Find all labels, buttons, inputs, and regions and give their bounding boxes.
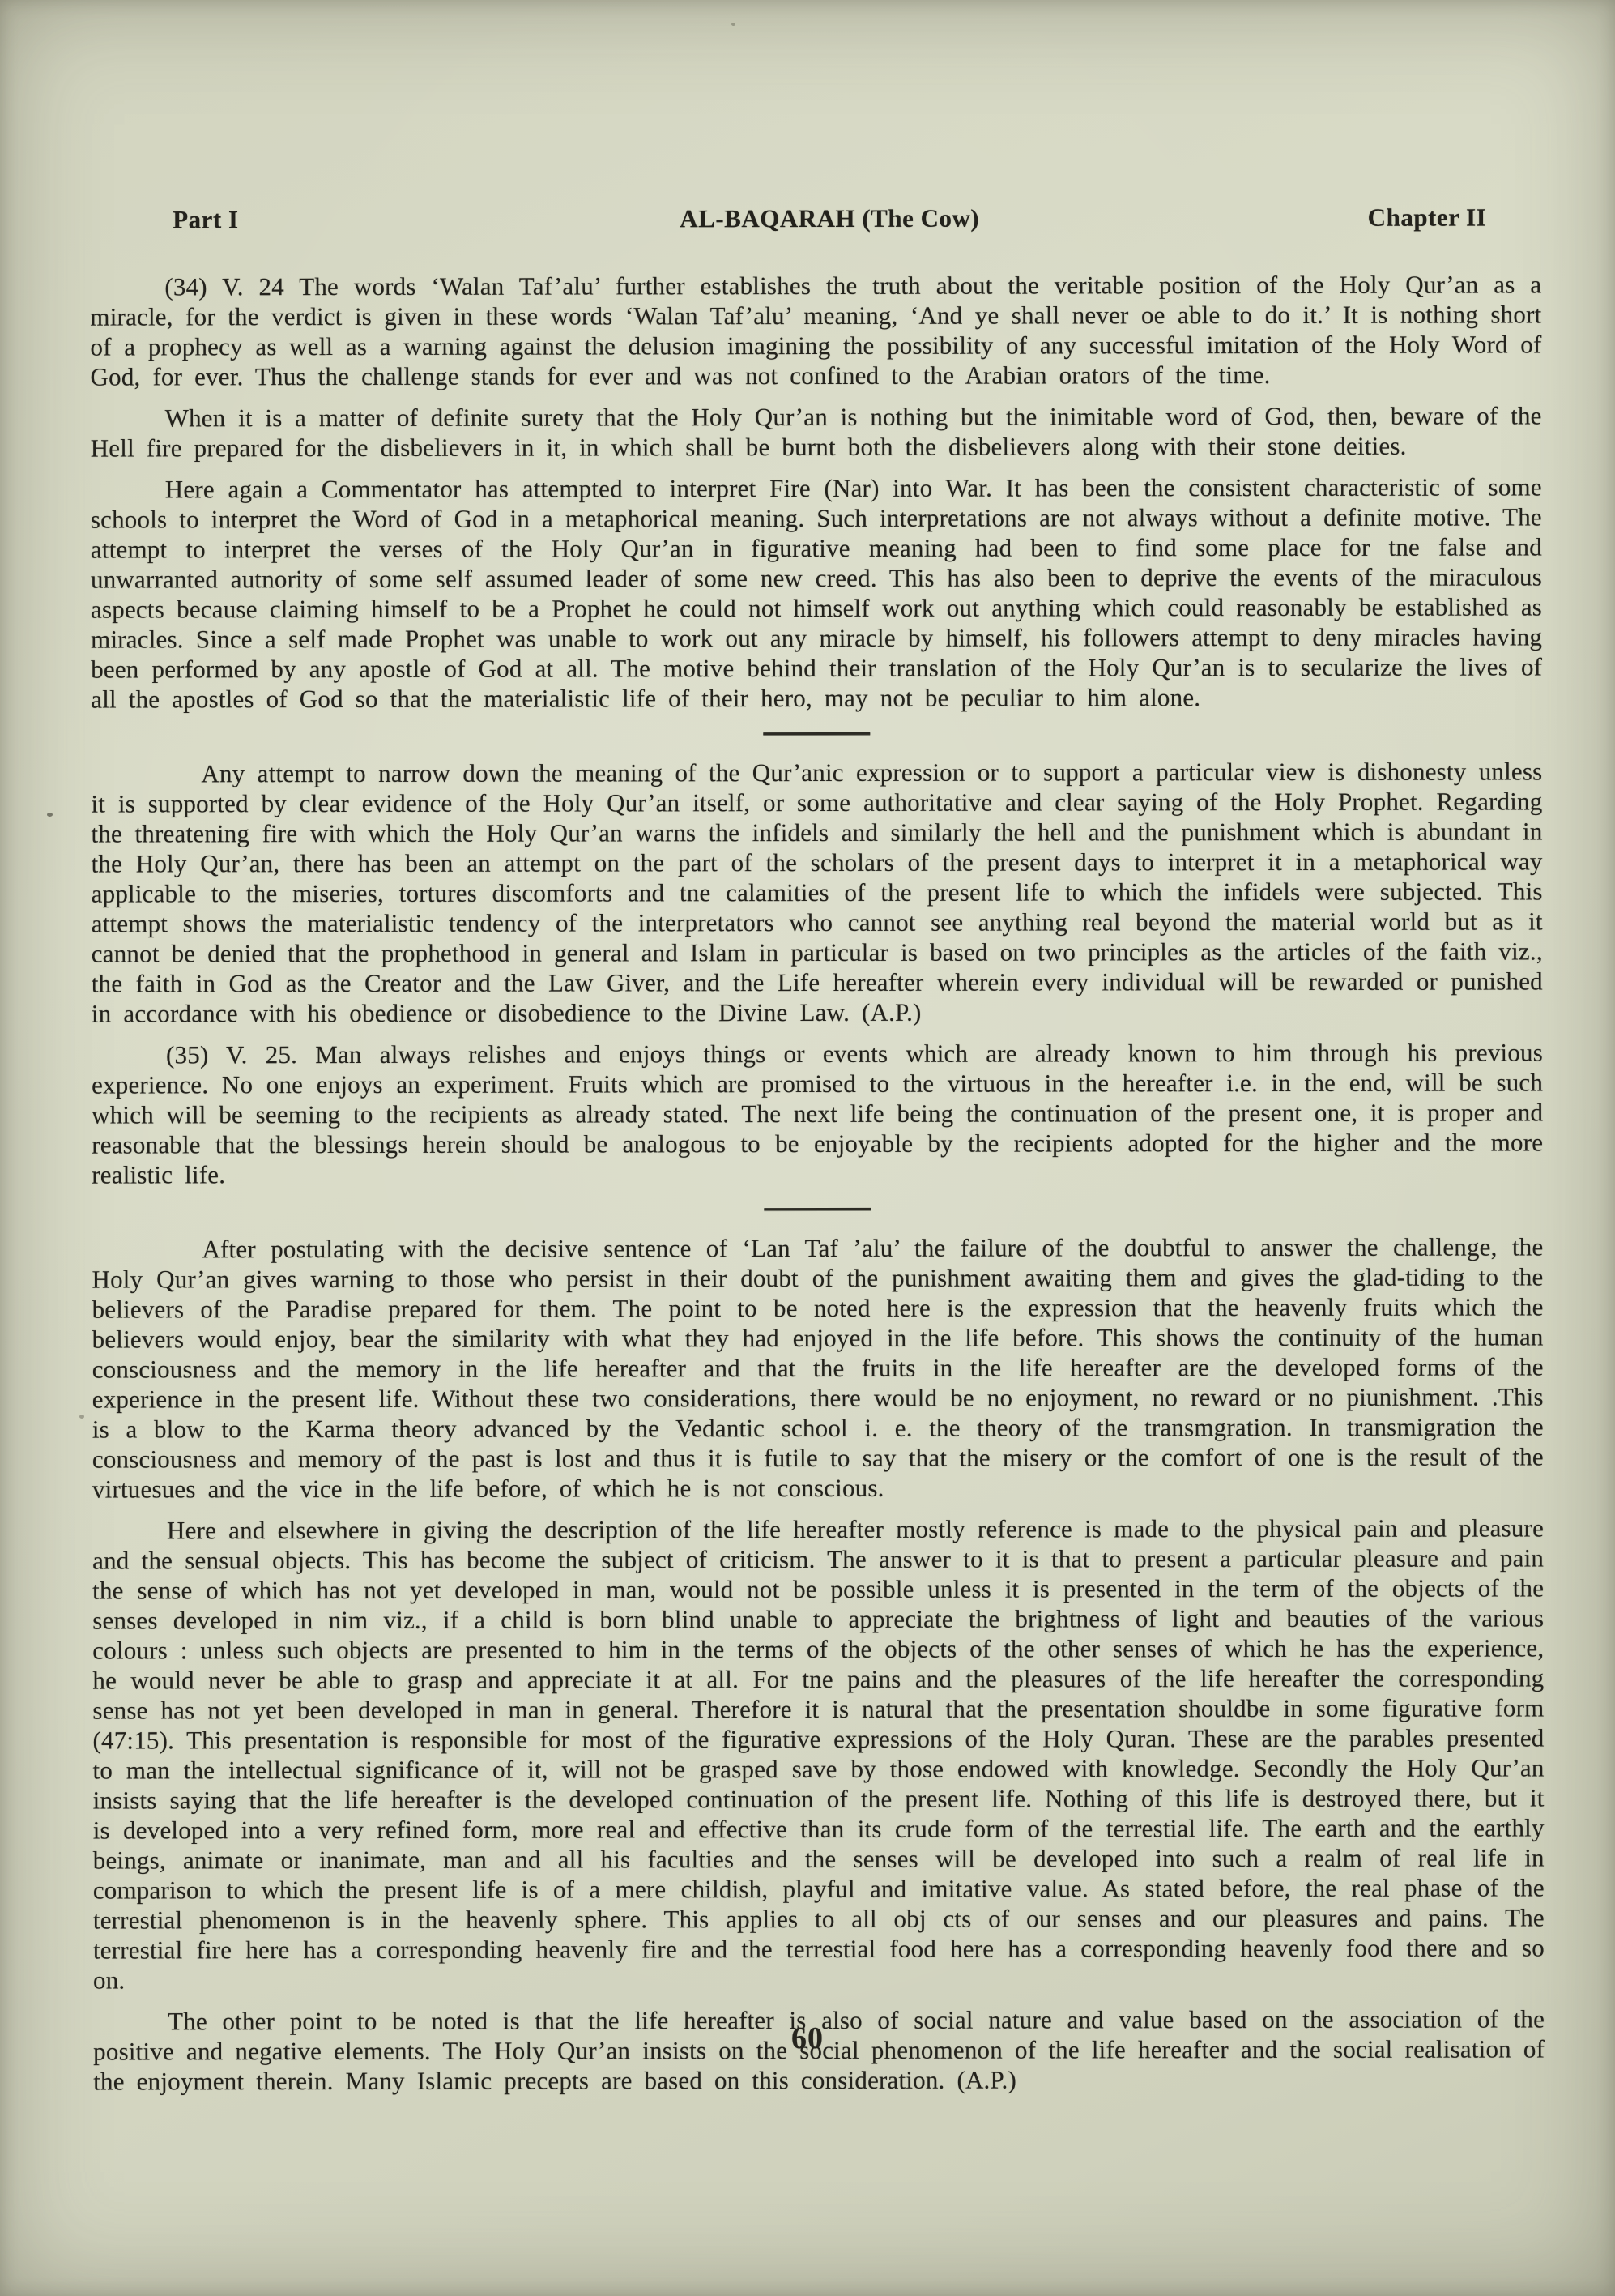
section-divider (763, 732, 870, 735)
paragraph-after-postulating: After postulating with the decisive sent… (92, 1231, 1544, 1504)
paragraph-34-v24: (34) V. 24 The words ‘Walan Taf’alu’ fur… (90, 269, 1541, 391)
scan-speck (79, 1415, 84, 1419)
scan-speck (47, 813, 53, 817)
header-part-label: Part I (90, 204, 680, 234)
scanned-book-page: Part I AL-BAQARAH (The Cow) Chapter II (… (0, 0, 1615, 2296)
page-number: 60 (0, 2021, 1615, 2056)
page-header: Part I AL-BAQARAH (The Cow) Chapter II (90, 203, 1541, 234)
paragraph-35-v25: (35) V. 25. Man always relishes and enjo… (92, 1037, 1543, 1189)
header-title: AL-BAQARAH (The Cow) (680, 204, 979, 234)
section-divider (764, 1208, 871, 1210)
paragraph-any-attempt-ap: Any attempt to narrow down the meaning o… (91, 756, 1543, 1028)
paragraph-commentator: Here again a Commentator has attempted t… (91, 472, 1543, 714)
header-chapter-label: Chapter II (979, 203, 1541, 233)
page-content: Part I AL-BAQARAH (The Cow) Chapter II (… (90, 0, 1545, 2108)
scan-speck (339, 452, 343, 455)
paragraph-hell-fire: When it is a matter of definite surety t… (91, 400, 1542, 463)
scan-speck (731, 23, 735, 26)
paragraph-here-and-elsewhere: Here and elsewhere in giving the descrip… (92, 1513, 1545, 1995)
